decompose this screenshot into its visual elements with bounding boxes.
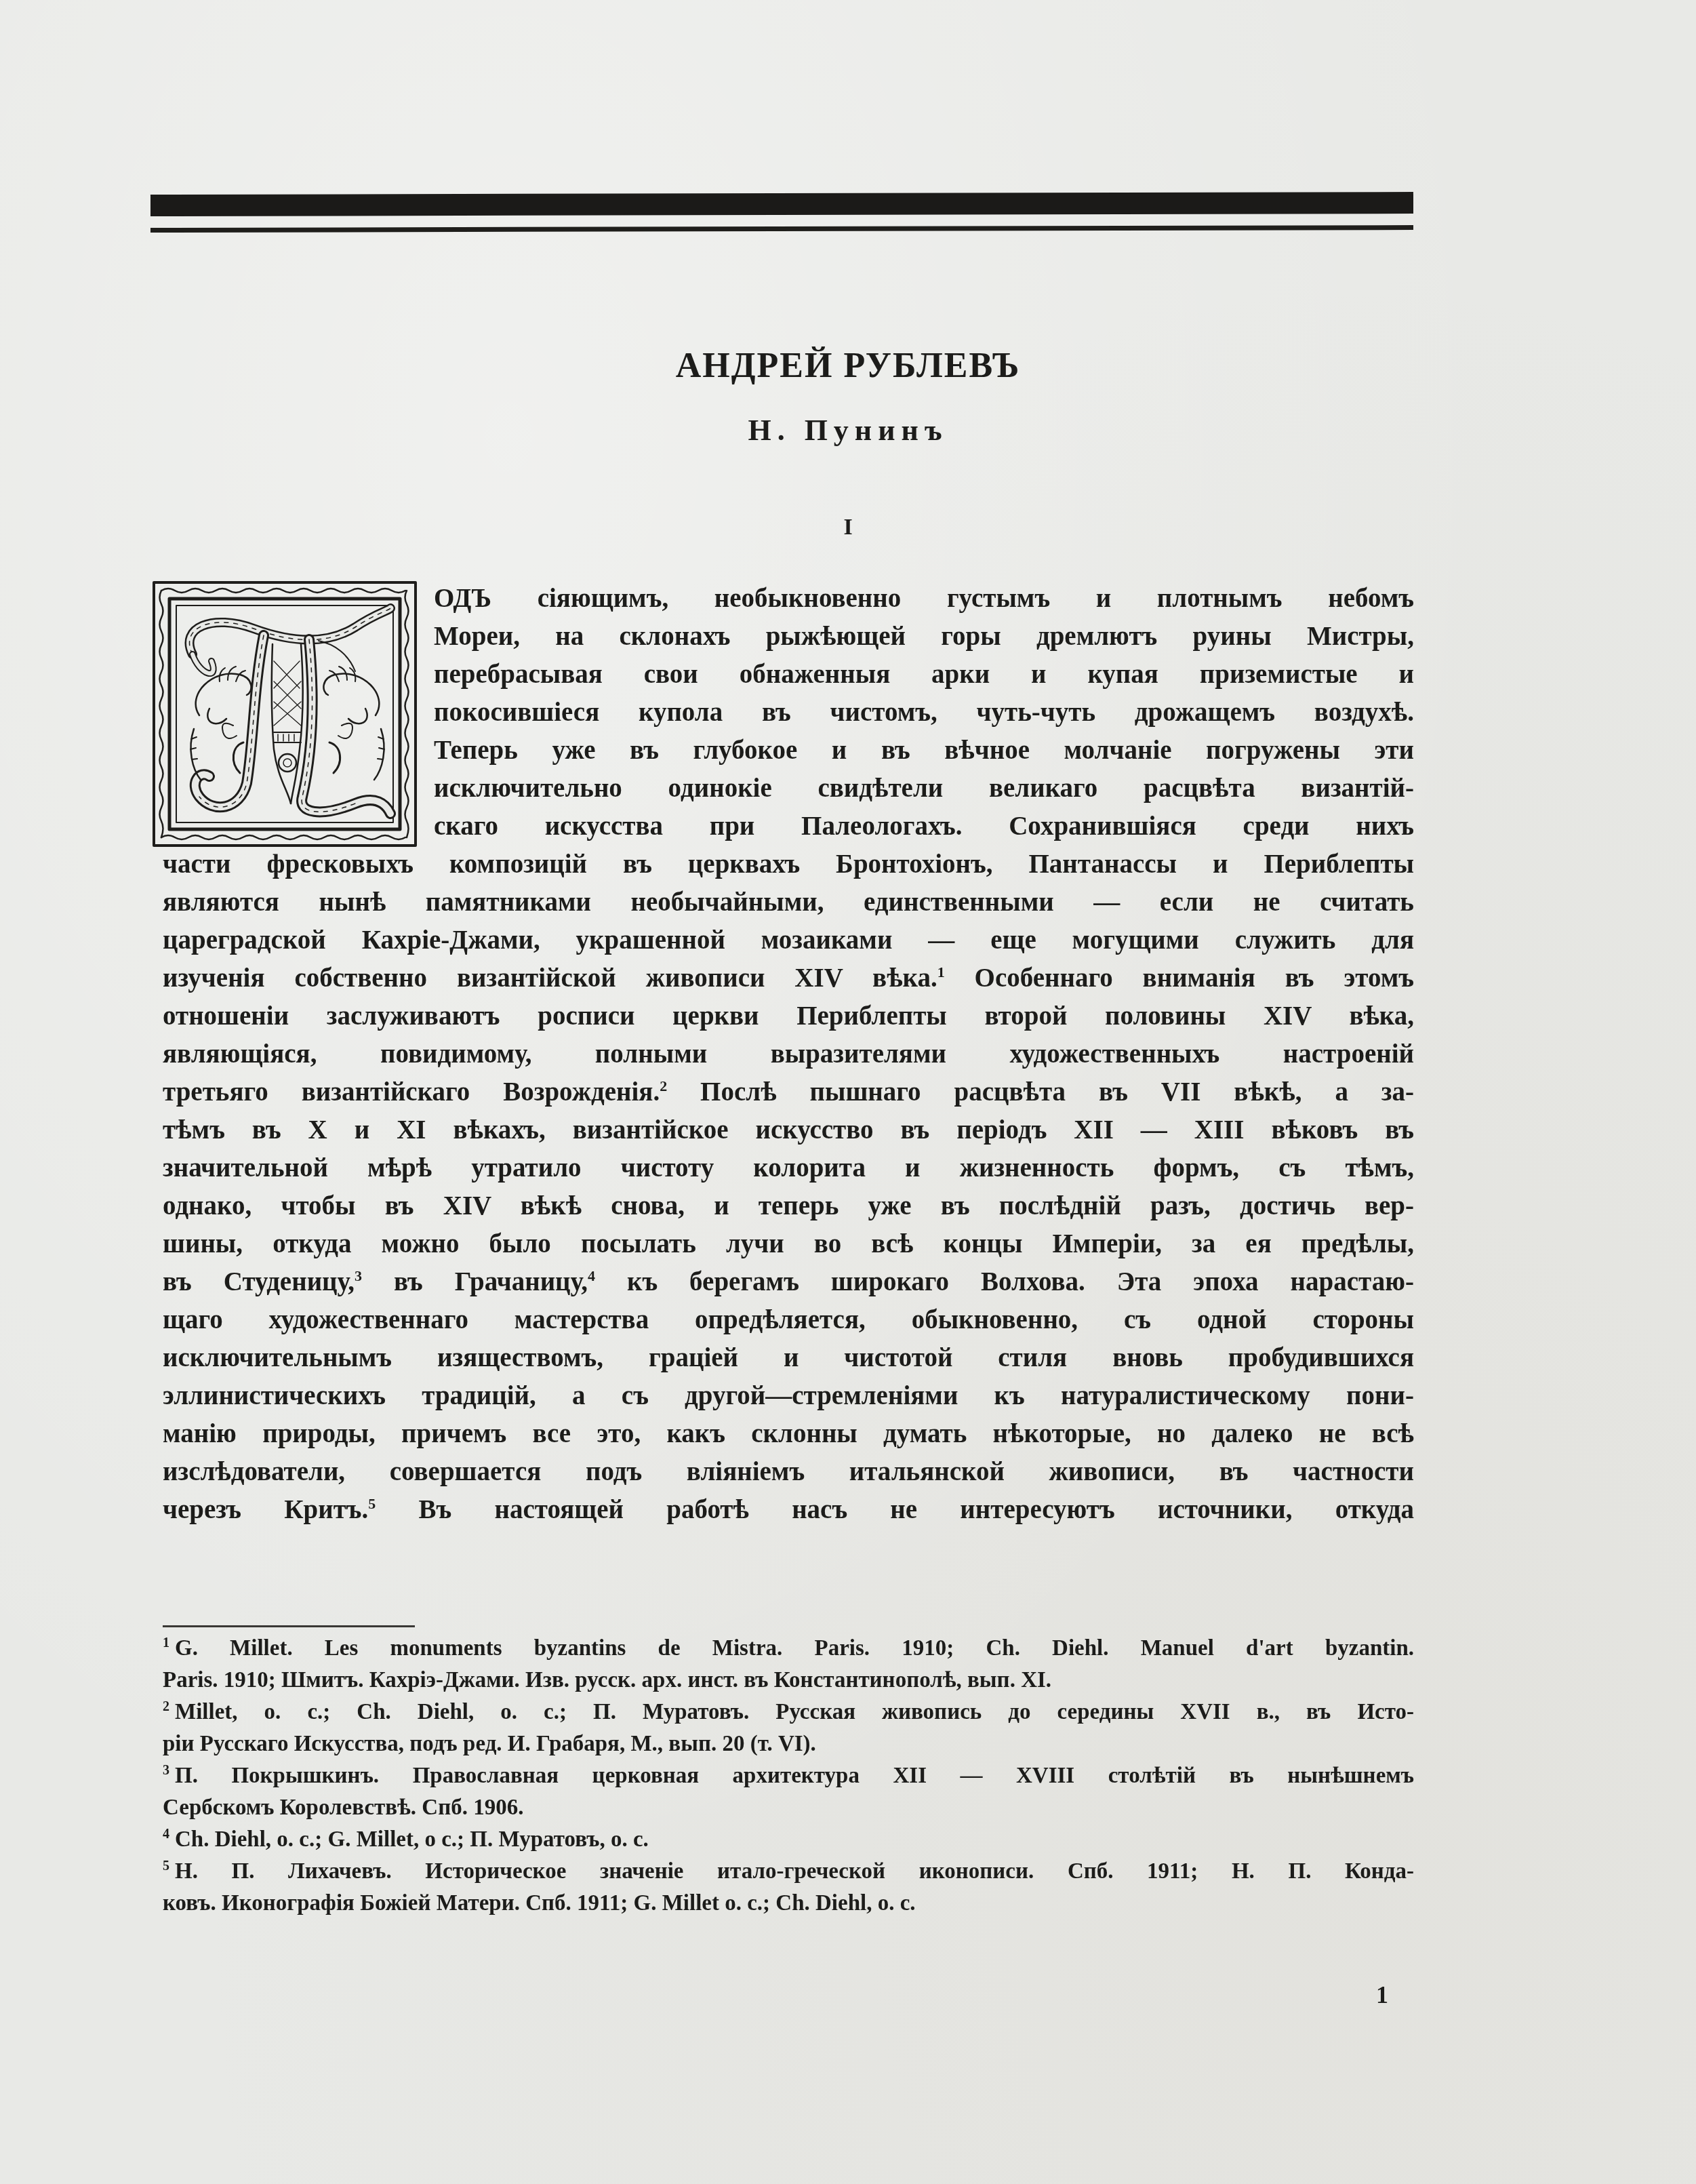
footnote-4: 4Ch. Diehl, o. c.; G. Millet, o c.; П. М…	[163, 1824, 1414, 1856]
text-line: Мореи, на склонахъ рыжѣющей горы дремлют…	[434, 618, 1414, 656]
text-line: перебрасывая свои обнаженныя арки и купа…	[434, 656, 1414, 694]
text-line: цареградской Кахріе-Джами, украшенной мо…	[163, 921, 1414, 959]
ornamental-dropcap-icon	[152, 580, 418, 848]
text-line: эллинистическихъ традицій, а съ другой—с…	[163, 1377, 1414, 1415]
paragraph-opening-lines: ОДЪ сіяющимъ, необыкновенно густымъ и пл…	[434, 580, 1414, 846]
page-number: 1	[1376, 1981, 1388, 2008]
text-line: исключительнымъ изяществомъ, граціей и ч…	[163, 1339, 1414, 1377]
footnote-ref[interactable]: 1	[937, 964, 945, 980]
book-page: АНДРЕЙ РУБЛЕВЪ Н. Пунинъ I	[0, 0, 1696, 2184]
text-line: покосившіеся купола въ чистомъ, чуть-чут…	[434, 694, 1414, 732]
text-line: изслѣдователи, совершается подъ вліяніем…	[163, 1453, 1414, 1491]
paragraph-body: части фресковыхъ композицій въ церквахъ …	[163, 846, 1414, 1529]
text-line: значительной мѣрѣ утратило чистоту колор…	[163, 1149, 1414, 1187]
footnote-1-cont: Paris. 1910; Шмитъ. Кахріэ-Джами. Изв. р…	[163, 1665, 1414, 1696]
footnote-number: 1	[163, 1635, 169, 1650]
footnotes: 1G. Millet. Les monuments byzantins de M…	[163, 1633, 1414, 1920]
text-line: шины, откуда можно было посылать лучи во…	[163, 1225, 1414, 1263]
footnote-1: 1G. Millet. Les monuments byzantins de M…	[163, 1633, 1414, 1665]
text-line: ОДЪ сіяющимъ, необыкновенно густымъ и пл…	[434, 580, 1414, 618]
article-author: Н. Пунинъ	[0, 412, 1696, 449]
text-line: скаго искусства при Палеологахъ. Сохрани…	[434, 808, 1414, 846]
text-line: манію природы, причемъ все это, какъ скл…	[163, 1415, 1414, 1453]
footnote-separator	[163, 1625, 415, 1627]
text-line: изученія собственно византійской живопис…	[163, 959, 1414, 997]
text-line: отношеніи заслуживаютъ росписи церкви Пе…	[163, 997, 1414, 1035]
text-line: однако, чтобы въ XIV вѣкѣ снова, и тепер…	[163, 1187, 1414, 1225]
footnote-number: 5	[163, 1859, 169, 1873]
footnote-2-cont: ріи Русскаго Искусства, подъ ред. И. Гра…	[163, 1728, 1414, 1760]
text-line: являются нынѣ памятниками необычайными, …	[163, 883, 1414, 921]
text-line: Теперь уже въ глубокое и въ вѣчное молча…	[434, 732, 1414, 770]
text-line: части фресковыхъ композицій въ церквахъ …	[163, 846, 1414, 883]
article-title: АНДРЕЙ РУБЛЕВЪ	[0, 346, 1696, 386]
text-line: третьяго византійскаго Возрожденія.2 Пос…	[163, 1073, 1414, 1111]
text-line: въ Студеницу,3 въ Грачаницу,4 къ берегам…	[163, 1263, 1414, 1301]
footnote-ref[interactable]: 2	[660, 1077, 667, 1094]
text-line: черезъ Критъ.5 Въ настоящей работѣ насъ …	[163, 1491, 1414, 1529]
text-line: щаго художественнаго мастерства опредѣля…	[163, 1301, 1414, 1339]
text-line: являющіяся, повидимому, полными выразите…	[163, 1035, 1414, 1073]
footnote-number: 4	[163, 1827, 169, 1842]
footnote-3: 3П. Покрышкинъ. Православная церковная а…	[163, 1760, 1414, 1792]
footnote-2: 2Millet, o. c.; Ch. Diehl, o. c.; П. Мур…	[163, 1696, 1414, 1728]
header-thick-rule	[150, 192, 1413, 216]
footnote-ref[interactable]: 3	[355, 1267, 362, 1284]
footnote-5: 5Н. П. Лихачевъ. Историческое значеніе и…	[163, 1856, 1414, 1888]
text-line: исключительно одинокіе свидѣтели великаг…	[434, 770, 1414, 808]
section-number: I	[0, 514, 1696, 541]
footnote-ref[interactable]: 4	[588, 1267, 595, 1284]
footnote-number: 2	[163, 1699, 169, 1714]
text-line: тѣмъ въ X и XI вѣкахъ, византійское иску…	[163, 1111, 1414, 1149]
header-thin-rule	[150, 225, 1413, 233]
footnote-5-cont: ковъ. Иконографія Божіей Матери. Спб. 19…	[163, 1888, 1414, 1920]
footnote-ref[interactable]: 5	[368, 1495, 376, 1512]
footnote-3-cont: Сербскомъ Королевствѣ. Спб. 1906.	[163, 1792, 1414, 1824]
footnote-number: 3	[163, 1763, 169, 1778]
